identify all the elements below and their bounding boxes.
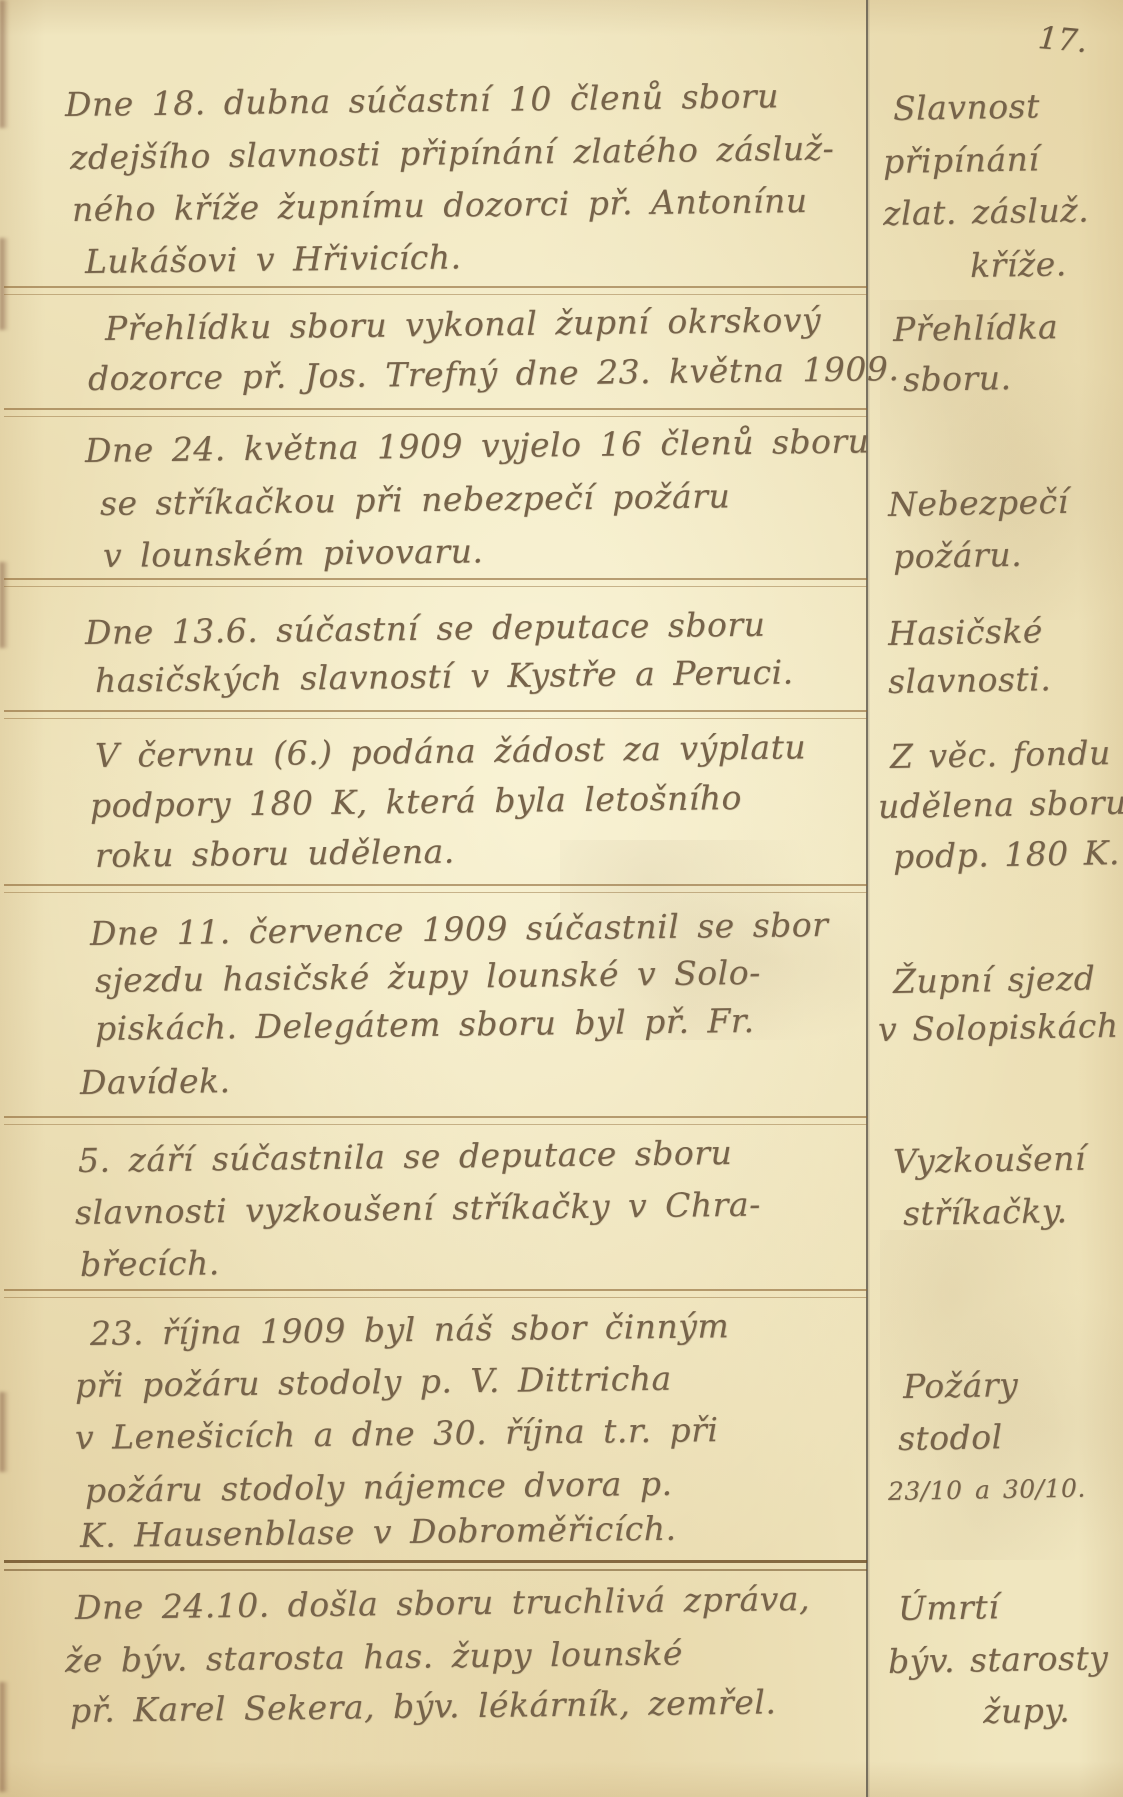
margin-note: kříže.	[970, 245, 1067, 285]
margin-note: udělena sboru	[878, 784, 1123, 826]
entry-line: 5. září súčastnila se deputace sboru	[78, 1134, 733, 1180]
margin-note: požáru.	[893, 536, 1023, 576]
margin-note: Hasičské	[888, 612, 1044, 653]
entry-separator	[4, 1560, 867, 1571]
entry-line: břecích.	[80, 1244, 220, 1284]
entry-separator	[4, 1289, 867, 1298]
entry-line: V červnu (6.) podána žádost za výplatu	[95, 728, 807, 775]
scan-edge-smudge	[0, 562, 9, 648]
entry-line: Davídek.	[80, 1062, 231, 1102]
entry-separator	[4, 578, 867, 587]
column-divider	[866, 0, 868, 1797]
entry-line: K. Hausenblase v Dobroměřicích.	[80, 1510, 677, 1555]
entry-line: př. Karel Sekera, býv. lékárník, zemřel.	[70, 1683, 777, 1730]
entry-line: Dne 24. května 1909 vyjelo 16 členů sbor…	[85, 422, 870, 470]
margin-note: stodol	[898, 1418, 1003, 1458]
entry-line: zdejšího slavnosti připínání zlatého zás…	[70, 130, 835, 177]
margin-note: Vyzkoušení	[893, 1140, 1087, 1181]
entry-line: ného kříže župnímu dozorci př. Antonínu	[72, 182, 808, 229]
page-number: 17.	[1037, 20, 1089, 60]
margin-note: slavnosti.	[888, 660, 1052, 701]
margin-note: Slavnost	[893, 87, 1040, 127]
scan-edge-smudge	[0, 1682, 9, 1792]
entry-line: roku sboru udělena.	[95, 833, 455, 875]
margin-note: župy.	[983, 1691, 1071, 1730]
entry-line: se stříkačkou při nebezpečí požáru	[100, 477, 731, 523]
entry-line: Dne 11. července 1909 súčastnil se sbor	[90, 906, 829, 953]
entry-line: Dne 13.6. súčastní se deputace sboru	[85, 606, 766, 652]
scan-edge-smudge	[0, 0, 9, 128]
entry-line: při požáru stodoly p. V. Dittricha	[75, 1360, 672, 1405]
margin-note: zlat. zásluž.	[883, 191, 1090, 233]
entry-line: že býv. starosta has. župy lounské	[65, 1634, 683, 1679]
margin-note: Úmrtí	[898, 1588, 1000, 1628]
entry-line: Dne 24.10. došla sboru truchlivá zpráva,	[75, 1580, 810, 1627]
entry-line: požáru stodoly nájemce dvora p.	[85, 1465, 673, 1510]
entry-separator	[4, 1116, 867, 1125]
entry-line: Přehlídku sboru vykonal župní okrskový	[105, 301, 822, 348]
entry-separator	[4, 710, 867, 719]
entry-line: dozorce př. Jos. Trefný dne 23. května 1…	[88, 350, 900, 398]
entry-line: v lounském pivovaru.	[103, 532, 484, 575]
margin-note: stříkačky.	[903, 1192, 1068, 1233]
entry-separator	[4, 884, 867, 893]
entry-separator	[4, 286, 867, 295]
entry-line: Dne 18. dubna súčastní 10 členů sboru	[65, 77, 779, 124]
margin-note: Župní sjezd	[893, 959, 1096, 1000]
margin-note: podp. 180 K.	[893, 834, 1120, 876]
margin-note: Požáry	[903, 1366, 1019, 1406]
entry-line: piskách. Delegátem sboru byl př. Fr.	[95, 1002, 755, 1048]
margin-note: v Solopiskách	[878, 1007, 1119, 1049]
entry-separator	[4, 408, 867, 417]
margin-note: Nebezpečí	[888, 483, 1069, 524]
scan-edge-smudge	[0, 1392, 9, 1472]
chronicle-page: 17. Dne 18. dubna súčastní 10 členů sbor…	[0, 0, 1123, 1797]
entry-line: slavnosti vyzkoušení stříkačky v Chra-	[75, 1186, 761, 1232]
margin-note: 23/10 a 30/10.	[888, 1475, 1086, 1507]
entry-line: v Lenešicích a dne 30. října t.r. při	[75, 1411, 719, 1457]
margin-note: sboru.	[903, 359, 1012, 399]
margin-note: Přehlídka	[893, 308, 1059, 349]
margin-note: připínání	[883, 140, 1040, 181]
entry-line: sjezdu hasičské župy lounské v Solo-	[95, 954, 761, 1000]
margin-note: Z věc. fondu	[890, 734, 1111, 776]
entry-line: hasičských slavností v Kystře a Peruci.	[95, 653, 794, 699]
scan-edge-smudge	[0, 238, 9, 330]
entry-line: 23. října 1909 byl náš sbor činným	[90, 1307, 730, 1353]
margin-note: býv. starosty	[888, 1639, 1109, 1681]
entry-line: podpory 180 K, která byla letošního	[90, 779, 742, 825]
entry-line: Lukášovi v Hřivicích.	[85, 238, 462, 281]
